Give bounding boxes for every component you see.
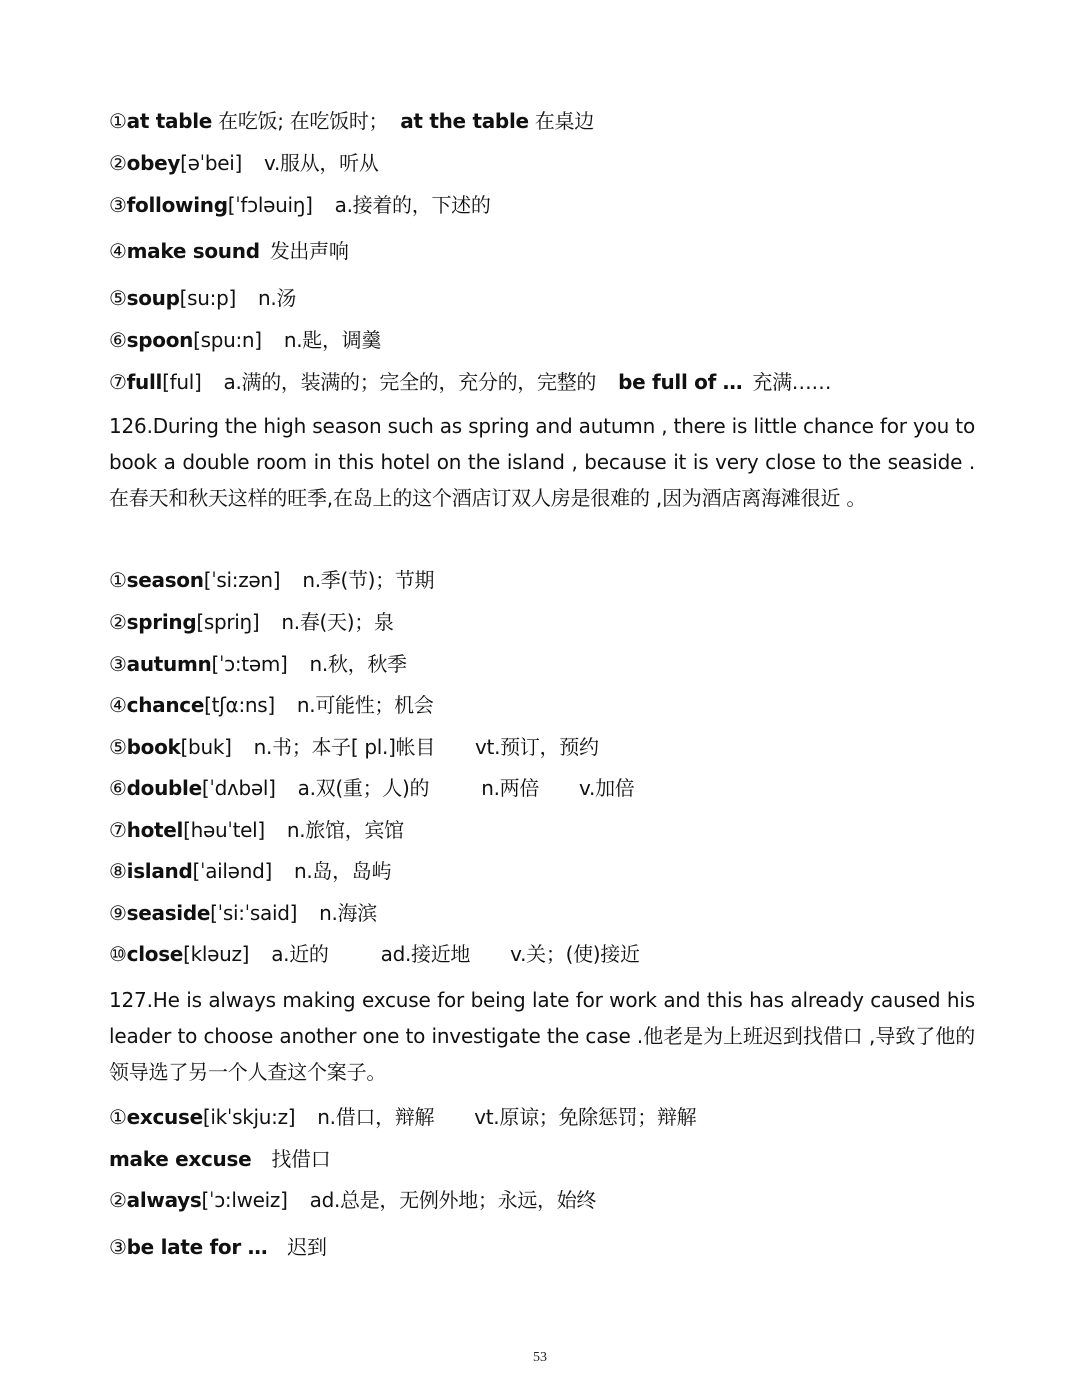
vocab-term: always [127,1188,202,1212]
vocab-term: excuse [127,1105,203,1129]
vocab-term: seaside [127,901,211,925]
vocab-item: ②obey[əˈbei]v.服从，听从 [109,150,379,176]
phonetic: [ˈɔ:lweiz] [202,1188,288,1212]
vocab-term: double [127,776,202,800]
vocab-term: following [127,193,228,217]
phonetic: [ˈsi:zən] [204,568,281,592]
vocab-item: ⑤book[buk]n.书；本子[ pl.]帐目vt.预订，预约 [109,734,599,760]
vocab-item: ⑨seaside[ˈsi:ˈsaid]n.海滨 [109,900,377,926]
phonetic: [ful] [162,370,201,394]
vocab-term: full [127,370,162,394]
vocab-term: island [127,859,193,883]
phonetic: [ˈdʌbəl] [202,776,276,800]
vocab-term: spoon [127,328,193,352]
vocab-term: autumn [127,652,212,676]
vocab-term: make sound [127,239,260,263]
phonetic: [əˈbei] [180,151,242,175]
vocab-item: ⑥spoon[spu:n]n.匙，调羹 [109,327,381,353]
vocab-term: obey [127,151,180,175]
vocab-term: hotel [127,818,183,842]
vocab-item: ④make sound发出声响 [109,238,349,264]
vocab-item: ①season[ˈsi:zən]n.季(节)；节期 [109,567,434,593]
vocab-item: ②spring[spriŋ]n.春(天)；泉 [109,609,394,635]
vocab-item: make excuse找借口 [109,1146,330,1172]
vocab-item: ⑥double[ˈdʌbəl]a.双(重；人)的n.两倍v.加倍 [109,775,635,801]
phonetic: [spu:n] [193,328,262,352]
vocab-item: ②always[ˈɔ:lweiz]ad.总是，无例外地；永远，始终 [109,1187,596,1213]
example-sentence-126: 126.During the high season such as sprin… [109,408,975,516]
phonetic: [spriŋ] [196,610,259,634]
phonetic: [həuˈtel] [183,818,265,842]
vocab-item: ⑦hotel[həuˈtel]n.旅馆，宾馆 [109,817,404,843]
vocab-item: ⑩close[kləuz]a.近的ad.接近地v.关；(使)接近 [109,941,640,967]
vocab-item: ③autumn[ˈɔ:təm]n.秋，秋季 [109,651,407,677]
vocab-term: chance [127,693,204,717]
vocab-item: ①at table 在吃饭; 在吃饭时；at the table 在桌边 [109,108,594,134]
page-number: 53 [0,1350,1080,1366]
vocab-item: ⑤soup[su:p]n.汤 [109,285,296,311]
vocab-item: ①excuse[ikˈskju:z]n.借口，辩解vt.原谅；免除惩罚；辩解 [109,1104,696,1130]
vocab-item: ③be late for …迟到 [109,1234,327,1260]
vocab-term: spring [127,610,197,634]
vocab-item: ④chance[tʃα:ns]n.可能性；机会 [109,692,434,718]
vocab-term: be full of … [618,370,742,394]
vocab-term: book [127,735,181,759]
phonetic: [tʃα:ns] [204,693,275,717]
vocab-term: soup [127,286,180,310]
phonetic: [ˈfɔləuiŋ] [228,193,313,217]
phonetic: [buk] [181,735,232,759]
phonetic: [kləuz] [183,942,249,966]
phonetic: [ˈailənd] [193,859,272,883]
vocab-item: ③following[ˈfɔləuiŋ]a.接着的，下述的 [109,192,491,218]
vocab-item: ⑦full[ful]a.满的，装满的；完全的，充分的，完整的be full of… [109,369,831,395]
vocab-term: close [127,942,183,966]
vocab-term: make excuse [109,1147,251,1171]
phonetic: [su:p] [180,286,236,310]
vocab-item: ⑧island[ˈailənd]n.岛，岛屿 [109,858,391,884]
phonetic: [ˈɔ:təm] [211,652,287,676]
vocab-term: be late for … [127,1235,268,1259]
example-sentence-127: 127.He is always making excuse for being… [109,982,975,1090]
vocab-term: at the table [400,109,529,133]
phonetic: [ˈsi:ˈsaid] [210,901,297,925]
phonetic: [ikˈskju:z] [203,1105,295,1129]
vocab-term: at table [127,109,212,133]
vocab-term: season [127,568,204,592]
